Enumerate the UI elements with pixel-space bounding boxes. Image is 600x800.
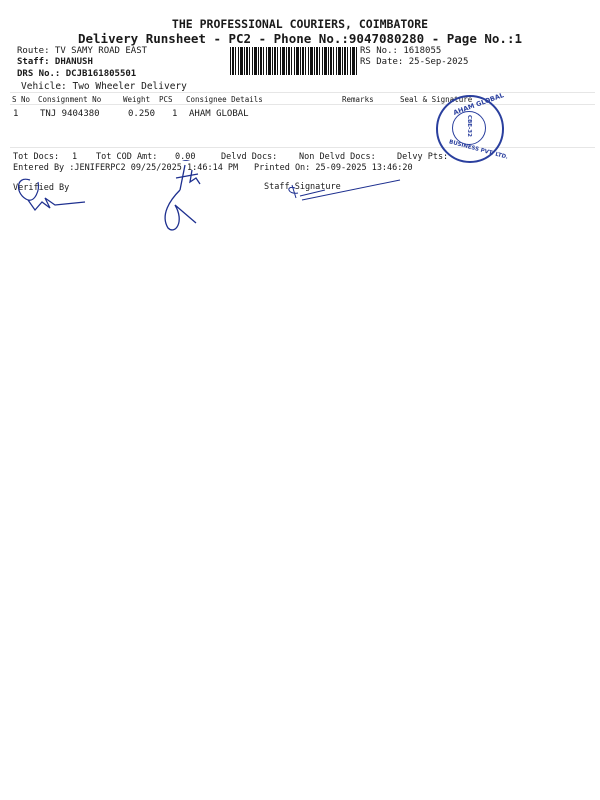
- row-consignee: AHAM GLOBAL: [189, 109, 249, 119]
- stamp-center-text: CBE-32: [466, 115, 472, 137]
- divider: [10, 92, 595, 93]
- col-header-consignee: Consignee Details: [186, 95, 263, 104]
- stamp-side-text: BUSINESS PVT. LTD.: [448, 139, 508, 161]
- company-title: THE PROFESSIONAL COURIERS, COIMBATORE: [0, 17, 600, 31]
- col-header-pcs: PCS: [159, 95, 173, 104]
- divider: [10, 147, 595, 148]
- drs-number: DRS No.: DCJB161805501: [17, 69, 136, 79]
- rs-date: RS Date: 25-Sep-2025: [360, 57, 468, 67]
- col-header-consignment: Consignment No: [38, 95, 101, 104]
- row-weight: 0.250: [128, 109, 155, 119]
- col-header-weight: Weight: [123, 95, 150, 104]
- vehicle-text: Vehicle: Two Wheeler Delivery: [21, 81, 187, 92]
- runsheet-subtitle: Delivery Runsheet - PC2 - Phone No.:9047…: [0, 31, 600, 46]
- rs-number: RS No.: 1618055: [360, 46, 441, 56]
- route-text: Route: TV SAMY ROAD EAST: [17, 46, 147, 56]
- company-seal-stamp: AHAM GLOBAL CBE-32 BUSINESS PVT. LTD.: [436, 95, 504, 163]
- divider: [10, 104, 595, 105]
- row-sno: 1: [13, 109, 18, 119]
- barcode: [230, 47, 358, 75]
- signature-strokes: [0, 160, 600, 240]
- staff-text: Staff: DHANUSH: [17, 57, 93, 67]
- row-consignment: TNJ 9404380: [40, 109, 100, 119]
- row-pcs: 1: [172, 109, 177, 119]
- col-header-sno: S No: [12, 95, 30, 104]
- col-header-remarks: Remarks: [342, 95, 374, 104]
